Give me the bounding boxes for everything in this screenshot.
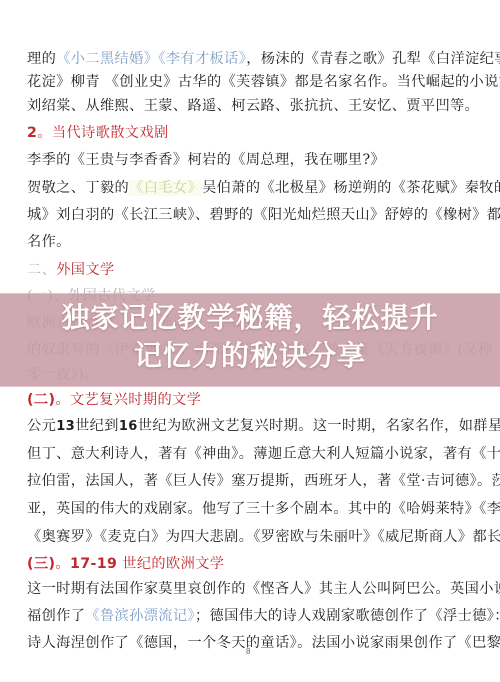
heading-text: 。文艺复兴时期的文学	[55, 392, 201, 408]
text-line: 拉伯雷，法国人，著《巨人传》塞万提斯，西班牙人，著《堂·吉诃德》。莎士比	[27, 471, 477, 491]
section-heading-contemporary-poetry: 2。当代诗歌散文戏剧	[27, 123, 477, 143]
text-segment: 诗人海涅创作了《德国，一个冬天的童话》。法国小说家雨果创作了《巴黎圣母院》,	[27, 635, 500, 651]
heading-text: 世纪的欧洲文学	[117, 556, 224, 572]
subsection-heading-17-19-century: (三)。17-19 世纪的欧洲文学	[27, 554, 477, 574]
text-line: 诗人海涅创作了《德国，一个冬天的童话》。法国小说家雨果创作了《巴黎圣母院》,	[27, 633, 477, 653]
century-number: 13	[56, 419, 75, 434]
century-range: 17-19	[70, 556, 117, 572]
text-segment: 世纪到	[75, 418, 119, 434]
heading-text: 。	[55, 556, 70, 572]
book-title-link: 《鲁滨孙漂流记》	[85, 608, 195, 624]
text-line: 理的《小二黑结婚》《李有才板话》，杨沫的《青春之歌》孔犁《白洋淀纪事》《荷	[27, 49, 477, 69]
text-segment: 但丁、意大利诗人，著有《神曲》。薄迦丘意大利人短篇小说家，著有《十日谈》;	[27, 446, 500, 462]
heading-number: (二)	[27, 392, 55, 408]
heading-number: 二、	[27, 262, 56, 278]
heading-number: (三)	[27, 556, 55, 572]
heading-text: 。当代诗歌散文戏剧	[37, 125, 168, 141]
text-segment: 花淀》柳青 《创业史》古华的《芙蓉镇》都是名家名作。当代崛起的小说家还有	[27, 74, 500, 90]
text-segment: 亚，英国的伟大的戏剧家。他写了三十多个剧本。其中的《哈姆莱特》《李尔王》	[27, 501, 500, 517]
text-segment: 名作。	[27, 234, 71, 250]
text-segment: 这一时期有法国作家莫里哀创作的《悭吝人》其主人公叫阿巴公。英国小说家笛	[27, 581, 500, 597]
century-number: 16	[119, 419, 138, 434]
text-line: 福创作了《鲁滨孙漂流记》；德国伟大的诗人戏剧家歌德创作了《浮士德》：德国	[27, 606, 477, 626]
heading-number: 2	[27, 125, 37, 141]
text-segment: ；德国伟大的诗人戏剧家歌德创作了《浮士德》：德国	[195, 608, 500, 624]
text-segment: 吴伯萧的《北极星》杨逆朔的《茶花赋》秦牧的《花	[202, 180, 500, 196]
text-segment: 拉伯雷，法国人，著《巨人传》塞万提斯，西班牙人，著《堂·吉诃德》。莎士比	[27, 473, 500, 489]
page-number: 8	[246, 647, 250, 656]
text-line: 名作。	[27, 232, 477, 252]
text-segment: 福创作了	[27, 608, 85, 624]
text-line: 亚，英国的伟大的戏剧家。他写了三十多个剧本。其中的《哈姆莱特》《李尔王》	[27, 499, 477, 519]
text-line: 贺敬之、丁毅的《白毛女》吴伯萧的《北极星》杨逆朔的《茶花赋》秦牧的《花	[27, 178, 477, 198]
text-segment: ，杨沫的《青春之歌》孔犁《白洋淀纪事》《荷	[246, 51, 500, 67]
subsection-heading-renaissance: (二)。文艺复兴时期的文学	[27, 390, 477, 410]
text-line: 城》刘白羽的《长江三峡》、碧野的《阳光灿烂照天山》舒婷的《橡树》都是名家	[27, 205, 477, 225]
text-line: 李季的《王贵与李香香》柯岩的《周总理，我在哪里?》	[27, 150, 477, 170]
text-line: 花淀》柳青 《创业史》古华的《芙蓉镇》都是名家名作。当代崛起的小说家还有	[27, 72, 477, 92]
highlighted-book-title: 《白毛女》	[129, 180, 202, 196]
text-line: 这一时期有法国作家莫里哀创作的《悭吝人》其主人公叫阿巴公。英国小说家笛	[27, 579, 477, 599]
text-segment: 贺敬之、丁毅的	[27, 180, 129, 196]
section-heading-foreign-literature: 二、外国文学	[27, 260, 477, 280]
book-title-link: 《小二黑结婚》《李有才板话》	[56, 51, 246, 67]
text-segment: 李季的《王贵与李香香》柯岩的《周总理，我在哪里?》	[27, 152, 385, 168]
heading-text: 外国文学	[56, 262, 114, 278]
banner-title-line1: 独家记忆教学秘籍，轻松提升	[0, 300, 500, 336]
text-line: 《奥赛罗》《麦克白》为四大悲剧。《罗密欧与朱丽叶》《威尼斯商人》都长演不衰。	[27, 527, 477, 547]
text-line: 公元13世纪到16世纪为欧洲文艺复兴时期。这一时期，名家名作，如群星灿烂。	[27, 416, 477, 437]
text-segment: 《奥赛罗》《麦克白》为四大悲剧。《罗密欧与朱丽叶》《威尼斯商人》都长演不衰。	[27, 529, 500, 545]
text-line: 但丁、意大利诗人，著有《神曲》。薄迦丘意大利人短篇小说家，著有《十日谈》;	[27, 444, 477, 464]
banner-title-line2: 记忆力的秘诀分享	[0, 338, 500, 374]
text-line: 刘绍棠、从维熙、王蒙、路遥、柯云路、张抗抗、王安忆、贾平凹等。	[27, 96, 477, 116]
text-segment: 理的	[27, 51, 56, 67]
text-segment: 世纪为欧洲文艺复兴时期。这一时期，名家名作，如群星灿烂。	[138, 418, 500, 434]
text-segment: 刘绍棠、从维熙、王蒙、路遥、柯云路、张抗抗、王安忆、贾平凹等。	[27, 98, 479, 114]
text-segment: 公元	[27, 418, 56, 434]
text-segment: 城》刘白羽的《长江三峡》、碧野的《阳光灿烂照天山》舒婷的《橡树》都是名家	[27, 207, 500, 223]
title-banner-overlay: 独家记忆教学秘籍，轻松提升 记忆力的秘诀分享	[0, 293, 500, 387]
